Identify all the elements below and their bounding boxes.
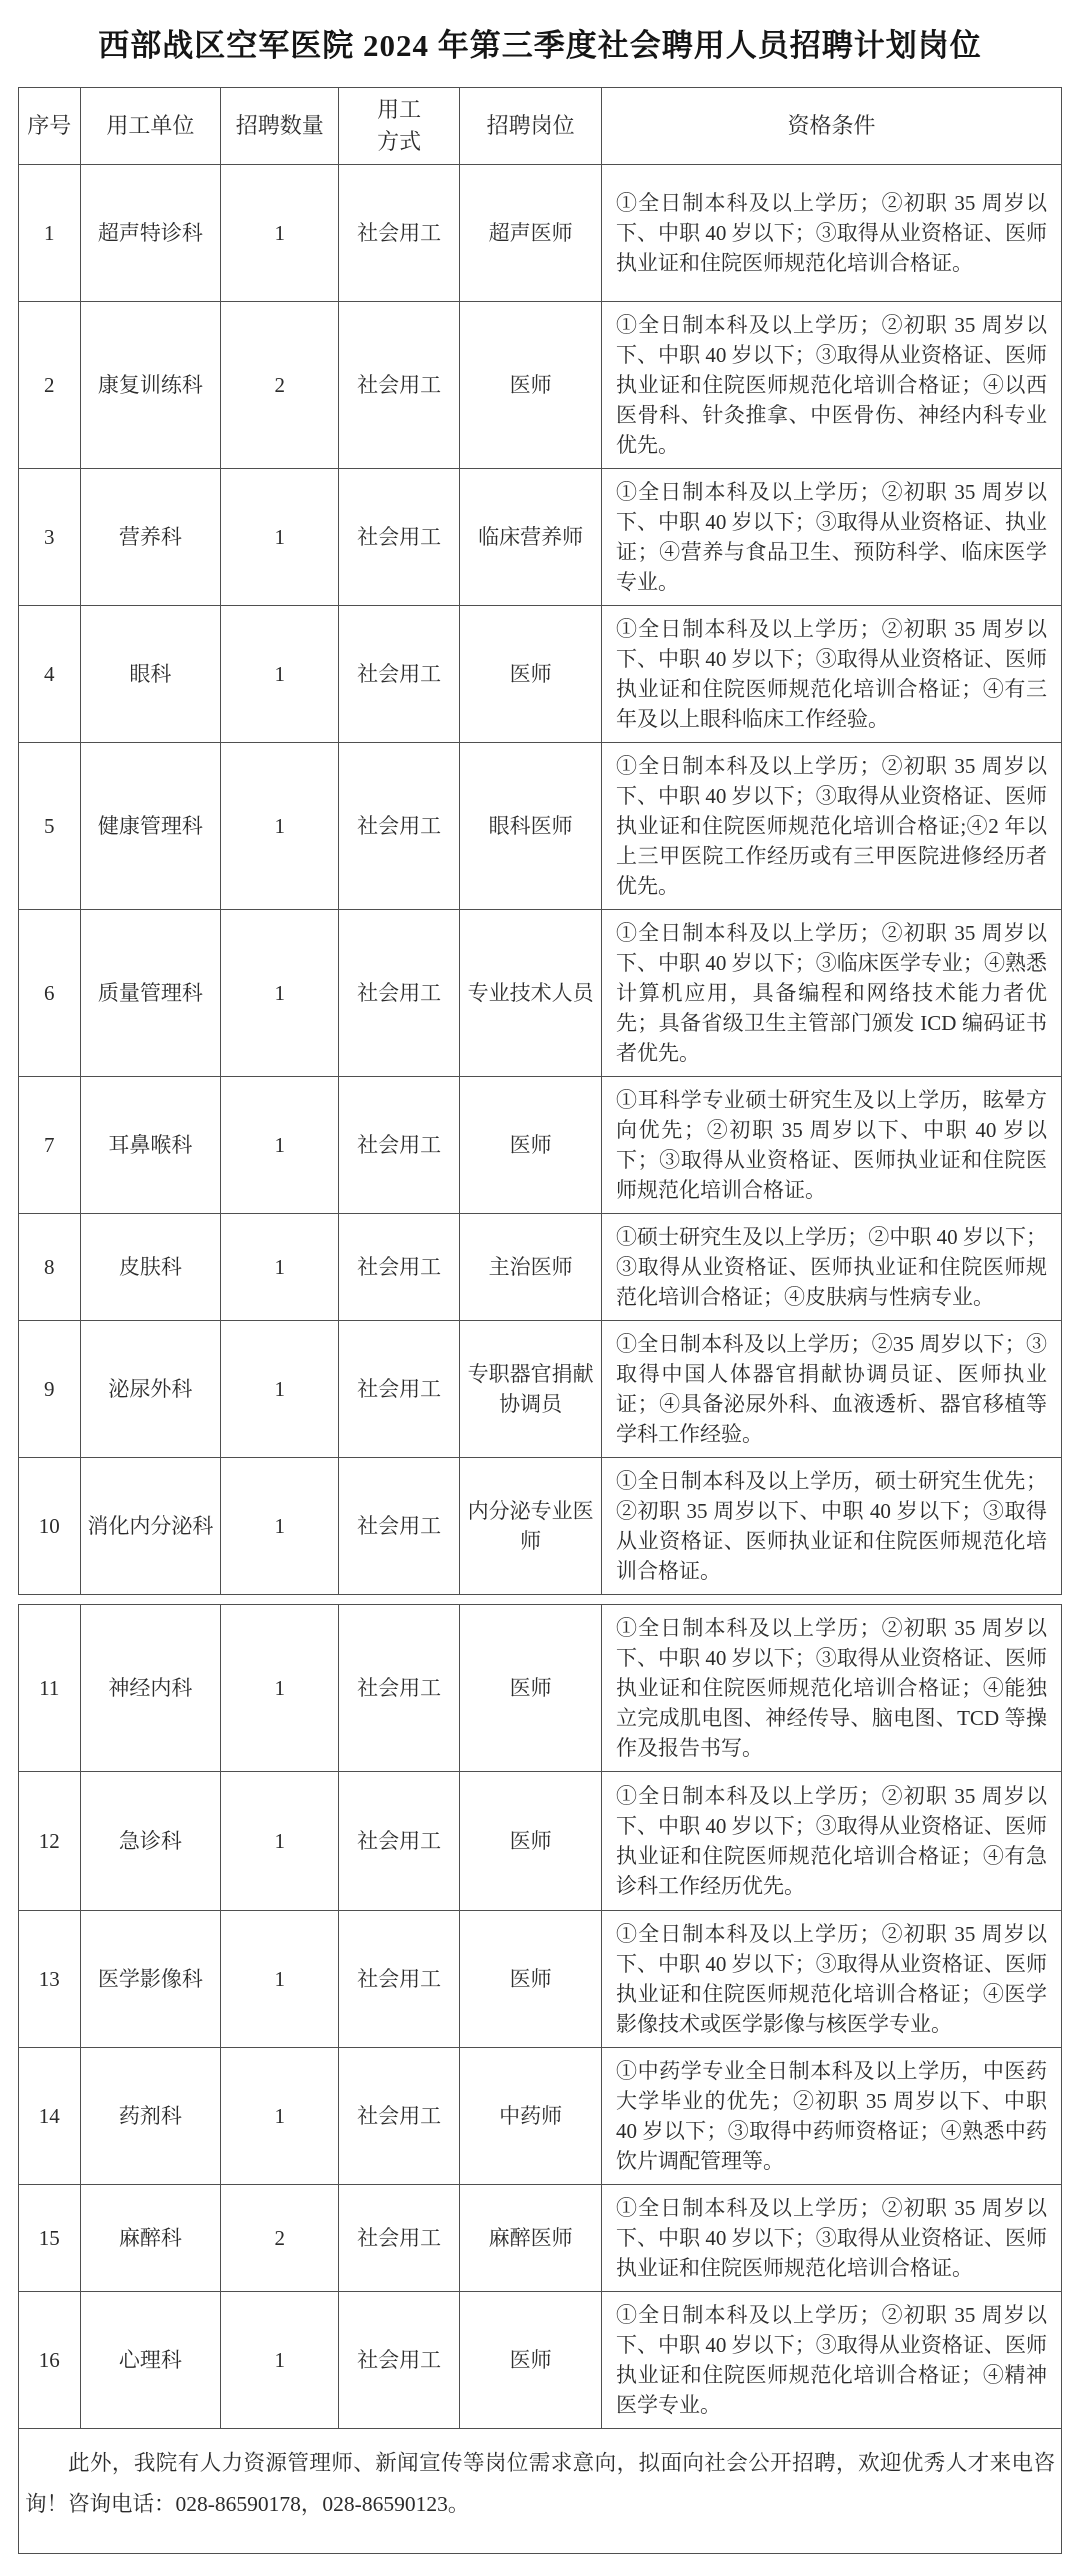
col-header-mode-label: 用工方式 [373, 94, 426, 158]
mode-cell: 社会用工 [339, 2292, 460, 2429]
count-cell: 1 [221, 606, 339, 743]
unit-cell: 营养科 [80, 469, 221, 606]
count-cell: 1 [221, 2048, 339, 2185]
count-cell: 1 [221, 165, 339, 302]
table-row: 10 消化内分泌科 1 社会用工 内分泌专业医师 ①全日制本科及以上学历，硕士研… [19, 1458, 1062, 1595]
unit-cell: 康复训练科 [80, 302, 221, 469]
qualifications-cell: ①全日制本科及以上学历；②初职 35 周岁以下、中职 40 岁以下；③取得从业资… [602, 2292, 1062, 2429]
row-number-cell: 14 [19, 2048, 81, 2185]
count-cell: 1 [221, 1772, 339, 1911]
unit-cell: 麻醉科 [80, 2185, 221, 2292]
count-cell: 1 [221, 910, 339, 1077]
mode-cell: 社会用工 [339, 1605, 460, 1772]
count-cell: 1 [221, 2292, 339, 2429]
position-cell: 医师 [460, 1605, 602, 1772]
col-header-unit: 用工单位 [80, 88, 221, 165]
count-cell: 1 [221, 1321, 339, 1458]
mode-cell: 社会用工 [339, 1214, 460, 1321]
qualifications-cell: ①全日制本科及以上学历；②初职 35 周岁以下、中职 40 岁以下；③取得从业资… [602, 1605, 1062, 1772]
unit-cell: 神经内科 [80, 1605, 221, 1772]
count-cell: 1 [221, 743, 339, 910]
mode-cell: 社会用工 [339, 1458, 460, 1595]
position-cell: 医师 [460, 1077, 602, 1214]
table-row: 16 心理科 1 社会用工 医师 ①全日制本科及以上学历；②初职 35 周岁以下… [19, 2292, 1062, 2429]
qualifications-cell: ①全日制本科及以上学历；②初职 35 周岁以下、中职 40 岁以下；③取得从业资… [602, 743, 1062, 910]
unit-cell: 质量管理科 [80, 910, 221, 1077]
count-cell: 1 [221, 1605, 339, 1772]
mode-cell: 社会用工 [339, 1077, 460, 1214]
unit-cell: 心理科 [80, 2292, 221, 2429]
count-cell: 1 [221, 1911, 339, 2048]
document-page: 西部战区空军医院 2024 年第三季度社会聘用人员招聘计划岗位 序号 用工单位 … [0, 0, 1080, 2570]
table-row: 9 泌尿外科 1 社会用工 专职器官捐献协调员 ①全日制本科及以上学历；②35 … [19, 1321, 1062, 1458]
position-cell: 内分泌专业医师 [460, 1458, 602, 1595]
row-number-cell: 5 [19, 743, 81, 910]
count-cell: 1 [221, 1458, 339, 1595]
position-cell: 医师 [460, 606, 602, 743]
table-row: 7 耳鼻喉科 1 社会用工 医师 ①耳科学专业硕士研究生及以上学历，眩晕方向优先… [19, 1077, 1062, 1214]
count-cell: 2 [221, 2185, 339, 2292]
table-row: 13 医学影像科 1 社会用工 医师 ①全日制本科及以上学历；②初职 35 周岁… [19, 1911, 1062, 2048]
qualifications-cell: ①全日制本科及以上学历；②初职 35 周岁以下、中职 40 岁以下；③临床医学专… [602, 910, 1062, 1077]
position-cell: 专业技术人员 [460, 910, 602, 1077]
row-number-cell: 7 [19, 1077, 81, 1214]
mode-cell: 社会用工 [339, 1911, 460, 2048]
mode-cell: 社会用工 [339, 743, 460, 910]
qualifications-cell: ①全日制本科及以上学历；②35 周岁以下；③取得中国人体器官捐献协调员证、医师执… [602, 1321, 1062, 1458]
unit-cell: 皮肤科 [80, 1214, 221, 1321]
qualifications-cell: ①全日制本科及以上学历；②初职 35 周岁以下、中职 40 岁以下；③取得从业资… [602, 1772, 1062, 1911]
position-cell: 临床营养师 [460, 469, 602, 606]
qualifications-cell: ①全日制本科及以上学历；②初职 35 周岁以下、中职 40 岁以下；③取得从业资… [602, 2185, 1062, 2292]
position-cell: 超声医师 [460, 165, 602, 302]
row-number-cell: 12 [19, 1772, 81, 1911]
recruitment-table-part-1: 序号 用工单位 招聘数量 用工方式 招聘岗位 资格条件 1 超声特诊科 1 社会… [18, 87, 1062, 1595]
mode-cell: 社会用工 [339, 2185, 460, 2292]
col-header-qualifications: 资格条件 [602, 88, 1062, 165]
table-row: 1 超声特诊科 1 社会用工 超声医师 ①全日制本科及以上学历；②初职 35 周… [19, 165, 1062, 302]
row-number-cell: 9 [19, 1321, 81, 1458]
table-row: 12 急诊科 1 社会用工 医师 ①全日制本科及以上学历；②初职 35 周岁以下… [19, 1772, 1062, 1911]
footer-note-row: 此外，我院有人力资源管理师、新闻宣传等岗位需求意向，拟面向社会公开招聘，欢迎优秀… [19, 2429, 1062, 2554]
table-row: 15 麻醉科 2 社会用工 麻醉医师 ①全日制本科及以上学历；②初职 35 周岁… [19, 2185, 1062, 2292]
table-row: 3 营养科 1 社会用工 临床营养师 ①全日制本科及以上学历；②初职 35 周岁… [19, 469, 1062, 606]
col-header-count: 招聘数量 [221, 88, 339, 165]
unit-cell: 急诊科 [80, 1772, 221, 1911]
table-row: 6 质量管理科 1 社会用工 专业技术人员 ①全日制本科及以上学历；②初职 35… [19, 910, 1062, 1077]
table-row: 2 康复训练科 2 社会用工 医师 ①全日制本科及以上学历；②初职 35 周岁以… [19, 302, 1062, 469]
unit-cell: 眼科 [80, 606, 221, 743]
footer-note-cell: 此外，我院有人力资源管理师、新闻宣传等岗位需求意向，拟面向社会公开招聘，欢迎优秀… [19, 2429, 1062, 2554]
unit-cell: 耳鼻喉科 [80, 1077, 221, 1214]
position-cell: 医师 [460, 302, 602, 469]
unit-cell: 消化内分泌科 [80, 1458, 221, 1595]
position-cell: 麻醉医师 [460, 2185, 602, 2292]
table-row: 5 健康管理科 1 社会用工 眼科医师 ①全日制本科及以上学历；②初职 35 周… [19, 743, 1062, 910]
col-header-position: 招聘岗位 [460, 88, 602, 165]
position-cell: 专职器官捐献协调员 [460, 1321, 602, 1458]
mode-cell: 社会用工 [339, 165, 460, 302]
qualifications-cell: ①全日制本科及以上学历；②初职 35 周岁以下、中职 40 岁以下；③取得从业资… [602, 606, 1062, 743]
table-row: 8 皮肤科 1 社会用工 主治医师 ①硕士研究生及以上学历；②中职 40 岁以下… [19, 1214, 1062, 1321]
mode-cell: 社会用工 [339, 1772, 460, 1911]
count-cell: 1 [221, 1214, 339, 1321]
unit-cell: 泌尿外科 [80, 1321, 221, 1458]
recruitment-table-part-2: 11 神经内科 1 社会用工 医师 ①全日制本科及以上学历；②初职 35 周岁以… [18, 1604, 1062, 2554]
row-number-cell: 11 [19, 1605, 81, 1772]
col-header-no: 序号 [19, 88, 81, 165]
qualifications-cell: ①全日制本科及以上学历；②初职 35 周岁以下、中职 40 岁以下；③取得从业资… [602, 469, 1062, 606]
mode-cell: 社会用工 [339, 910, 460, 1077]
position-cell: 医师 [460, 1772, 602, 1911]
position-cell: 主治医师 [460, 1214, 602, 1321]
position-cell: 医师 [460, 1911, 602, 2048]
unit-cell: 健康管理科 [80, 743, 221, 910]
qualifications-cell: ①全日制本科及以上学历，硕士研究生优先；②初职 35 周岁以下、中职 40 岁以… [602, 1458, 1062, 1595]
mode-cell: 社会用工 [339, 302, 460, 469]
page-title: 西部战区空军医院 2024 年第三季度社会聘用人员招聘计划岗位 [18, 20, 1062, 65]
mode-cell: 社会用工 [339, 1321, 460, 1458]
row-number-cell: 8 [19, 1214, 81, 1321]
col-header-mode: 用工方式 [339, 88, 460, 165]
row-number-cell: 4 [19, 606, 81, 743]
row-number-cell: 15 [19, 2185, 81, 2292]
row-number-cell: 2 [19, 302, 81, 469]
qualifications-cell: ①全日制本科及以上学历；②初职 35 周岁以下、中职 40 岁以下；③取得从业资… [602, 1911, 1062, 2048]
footer-note: 此外，我院有人力资源管理师、新闻宣传等岗位需求意向，拟面向社会公开招聘，欢迎优秀… [25, 2443, 1055, 2525]
position-cell: 中药师 [460, 2048, 602, 2185]
unit-cell: 医学影像科 [80, 1911, 221, 2048]
row-number-cell: 6 [19, 910, 81, 1077]
row-number-cell: 10 [19, 1458, 81, 1595]
qualifications-cell: ①全日制本科及以上学历；②初职 35 周岁以下、中职 40 岁以下；③取得从业资… [602, 165, 1062, 302]
count-cell: 1 [221, 1077, 339, 1214]
count-cell: 2 [221, 302, 339, 469]
qualifications-cell: ①中药学专业全日制本科及以上学历，中医药大学毕业的优先；②初职 35 周岁以下、… [602, 2048, 1062, 2185]
unit-cell: 药剂科 [80, 2048, 221, 2185]
qualifications-cell: ①耳科学专业硕士研究生及以上学历，眩晕方向优先；②初职 35 周岁以下、中职 4… [602, 1077, 1062, 1214]
table-row: 11 神经内科 1 社会用工 医师 ①全日制本科及以上学历；②初职 35 周岁以… [19, 1605, 1062, 1772]
table-header-row: 序号 用工单位 招聘数量 用工方式 招聘岗位 资格条件 [19, 88, 1062, 165]
mode-cell: 社会用工 [339, 606, 460, 743]
table-row: 4 眼科 1 社会用工 医师 ①全日制本科及以上学历；②初职 35 周岁以下、中… [19, 606, 1062, 743]
qualifications-cell: ①全日制本科及以上学历；②初职 35 周岁以下、中职 40 岁以下；③取得从业资… [602, 302, 1062, 469]
qualifications-cell: ①硕士研究生及以上学历；②中职 40 岁以下；③取得从业资格证、医师执业证和住院… [602, 1214, 1062, 1321]
mode-cell: 社会用工 [339, 2048, 460, 2185]
position-cell: 眼科医师 [460, 743, 602, 910]
row-number-cell: 13 [19, 1911, 81, 2048]
page-break-gap [18, 1595, 1062, 1604]
row-number-cell: 16 [19, 2292, 81, 2429]
row-number-cell: 1 [19, 165, 81, 302]
position-cell: 医师 [460, 2292, 602, 2429]
table-row: 14 药剂科 1 社会用工 中药师 ①中药学专业全日制本科及以上学历，中医药大学… [19, 2048, 1062, 2185]
unit-cell: 超声特诊科 [80, 165, 221, 302]
row-number-cell: 3 [19, 469, 81, 606]
mode-cell: 社会用工 [339, 469, 460, 606]
count-cell: 1 [221, 469, 339, 606]
